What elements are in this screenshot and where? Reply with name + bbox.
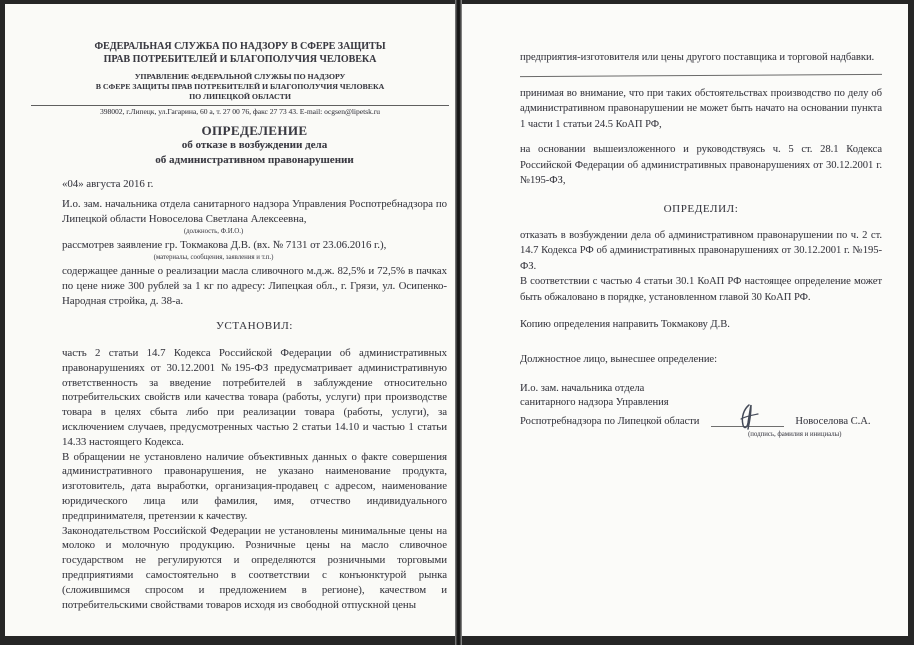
org-header: ФЕДЕРАЛЬНАЯ СЛУЖБА ПО НАДЗОРУ В СФЕРЕ ЗА… <box>35 41 445 66</box>
body-paragraph-1: часть 2 статьи 14.7 Кодекса Российской Ф… <box>62 346 447 450</box>
contact-address-line: 398002, г.Липецк, ул.Гагарина, 60 а, т. … <box>31 107 449 116</box>
body-paragraph-3: Законодательством Российской Федерации н… <box>62 524 447 613</box>
section-divider-rule <box>520 73 882 76</box>
department-line-1: УПРАВЛЕНИЕ ФЕДЕРАЛЬНОЙ СЛУЖБЫ ПО НАДЗОРУ <box>35 72 445 82</box>
signer-line-3: Роспотребнадзора по Липецкой области <box>520 415 699 429</box>
scanned-document: ФЕДЕРАЛЬНАЯ СЛУЖБА ПО НАДЗОРУ В СФЕРЕ ЗА… <box>0 0 914 645</box>
header-divider-rule <box>31 105 449 106</box>
signer-line-1: И.о. зам. начальника отдела <box>520 382 882 396</box>
body-text: часть 2 статьи 14.7 Кодекса Российской Ф… <box>62 346 447 612</box>
document-subtitle: об отказе в возбуждении дела об админист… <box>62 138 447 167</box>
document-page-2: предприятия-изготовителя или цены другог… <box>462 4 908 636</box>
considering-paragraph: принимая во внимание, что при таких обст… <box>520 86 882 133</box>
legal-basis-paragraph: на основании вышеизложенного и руководст… <box>520 142 882 189</box>
signature-caption: (подпись, фамилия и инициалы) <box>748 430 856 439</box>
application-line: рассмотрев заявление гр. Токмакова Д.В. … <box>62 238 447 253</box>
document-date: «04» августа 2016 г. <box>62 177 447 192</box>
copy-note: Копию определения направить Токмакову Д.… <box>520 317 882 333</box>
section-heading-established: УСТАНОВИЛ: <box>62 319 447 334</box>
department-line-3: ПО ЛИПЕЦКОЙ ОБЛАСТИ <box>35 92 445 102</box>
signature-row: Роспотребнадзора по Липецкой области Нов… <box>520 410 882 429</box>
signature-block: И.о. зам. начальника отдела санитарного … <box>520 382 882 439</box>
body-paragraph-2: В обращении не установлено наличие объек… <box>62 450 447 524</box>
document-page-1: ФЕДЕРАЛЬНАЯ СЛУЖБА ПО НАДЗОРУ В СФЕРЕ ЗА… <box>5 4 455 636</box>
appeal-paragraph: В соответствии с частью 4 статьи 30.1 Ко… <box>520 274 882 305</box>
application-caption: (материалы, сообщения, заявления и т.п.) <box>62 253 365 263</box>
official-caption: (должность, Ф.И.О.) <box>62 227 365 237</box>
official-label: Должностное лицо, вынесшее определение: <box>520 352 882 368</box>
document-subtitle-line-1: об отказе в возбуждении дела <box>62 138 447 153</box>
section-heading-decided: ОПРЕДЕЛИЛ: <box>520 202 882 217</box>
page-gap-divider <box>455 0 462 645</box>
org-header-line-1: ФЕДЕРАЛЬНАЯ СЛУЖБА ПО НАДЗОРУ В СФЕРЕ ЗА… <box>35 41 445 54</box>
signature-line <box>711 410 784 427</box>
decision-paragraph: отказать в возбуждении дела об администр… <box>520 228 882 275</box>
org-header-line-2: ПРАВ ПОТРЕБИТЕЛЕЙ И БЛАГОПОЛУЧИЯ ЧЕЛОВЕК… <box>35 54 445 67</box>
signature-scribble-icon <box>735 401 761 431</box>
document-title: ОПРЕДЕЛЕНИЕ <box>62 124 447 138</box>
signer-line-2: санитарного надзора Управления <box>520 396 882 410</box>
department-header: УПРАВЛЕНИЕ ФЕДЕРАЛЬНОЙ СЛУЖБЫ ПО НАДЗОРУ… <box>35 72 445 102</box>
department-line-2: В СФЕРЕ ЗАЩИТЫ ПРАВ ПОТРЕБИТЕЛЕЙ И БЛАГО… <box>35 82 445 92</box>
carryover-paragraph: предприятия-изготовителя или цены другог… <box>520 50 882 66</box>
subject-paragraph: содержащее данные о реализации масла сли… <box>62 264 447 309</box>
signer-name: Новоселова С.А. <box>795 415 870 429</box>
official-paragraph: И.о. зам. начальника отдела санитарного … <box>62 197 447 227</box>
document-subtitle-line-2: об административном правонарушении <box>62 153 447 168</box>
